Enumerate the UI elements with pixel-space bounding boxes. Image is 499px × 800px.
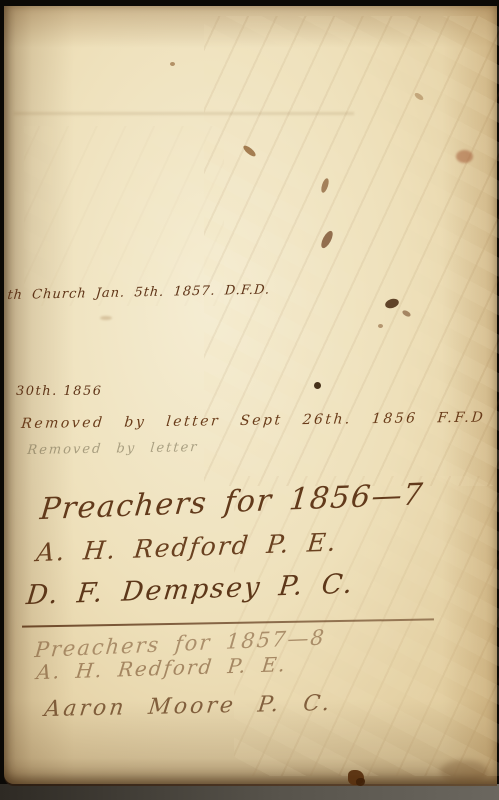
paper-crease: [14, 112, 354, 115]
ink-stain: [378, 324, 383, 328]
smudge-stain: [440, 760, 488, 784]
foxing-stain: [456, 150, 473, 163]
scan-background-band: [0, 784, 499, 800]
ink-stain: [413, 92, 424, 102]
scanned-ledger-photo: th Church Jan. 5th. 1857. D.F.D. 30th. 1…: [0, 0, 499, 800]
entry-removed-by-letter-faded: Removed by letter: [27, 440, 199, 458]
entry-date-30th-1856: 30th. 1856: [16, 384, 103, 399]
smudge-stain: [100, 316, 112, 320]
ink-stain: [314, 382, 321, 389]
bleed-through-writing: [234, 476, 499, 776]
ink-stain: [401, 309, 411, 318]
ink-blot: [348, 770, 364, 785]
ink-stain: [242, 144, 257, 158]
ink-stain: [384, 297, 400, 310]
ink-stain: [320, 177, 330, 193]
bleed-through-writing: [24, 126, 224, 306]
ink-stain: [319, 229, 335, 250]
ink-stain: [170, 62, 175, 66]
